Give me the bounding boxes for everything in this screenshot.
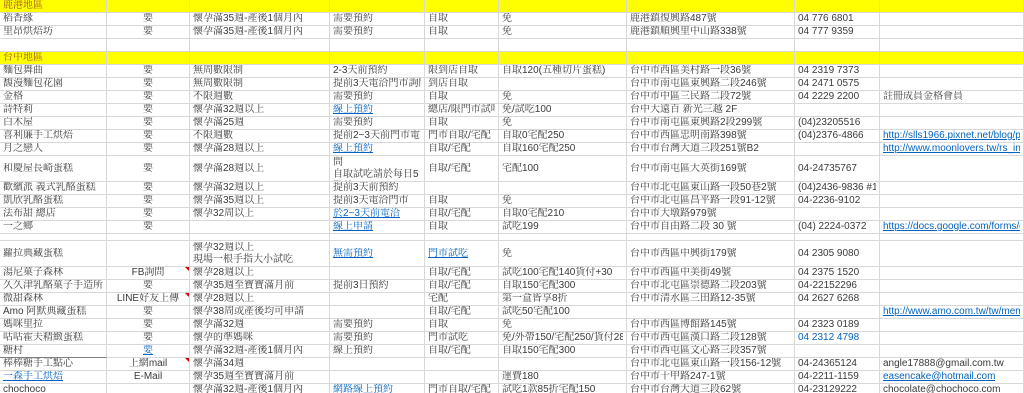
cell-pickup[interactable]: 總店/限門市試吃 [425,104,499,117]
cell-weeks[interactable]: 懷孕滿32週以上 [190,104,330,117]
cell-address[interactable] [627,52,795,65]
cell-requirement[interactable]: 要 [107,319,190,332]
cell-requirement[interactable]: 要 [107,65,190,78]
cell-weeks[interactable]: 無周數限制 [190,78,330,91]
cell-fee[interactable] [499,358,627,371]
cell-pickup[interactable]: 自取/宅配 [425,345,499,358]
region-label[interactable]: 台中地區 [0,52,107,65]
cell-phone[interactable]: 04-2236-9102 [795,195,880,208]
cell-requirement[interactable]: 要 [107,130,190,143]
cell-fee[interactable] [499,39,627,52]
cell-pickup[interactable]: 自取 [425,13,499,26]
cell-booking[interactable] [330,234,425,241]
cell-requirement[interactable]: 要 [107,13,190,26]
cell-requirement[interactable]: 要 [107,117,190,130]
cell-note[interactable] [880,241,1024,267]
cell-note[interactable] [880,0,1024,13]
cell-name[interactable]: 湯尼菓子森林 [0,267,107,280]
cell-name[interactable]: 和慶屋長崎蛋糕 [0,156,107,182]
cell-fee[interactable]: 自取0宅配250 [499,130,627,143]
cell-weeks[interactable] [190,39,330,52]
cell-text: 門市自取/宅配 [428,384,491,393]
cell-booking[interactable]: 於2~3天前電洽 [330,208,425,221]
cell-text: 金格 [3,91,23,103]
cell-fee[interactable] [499,78,627,91]
cell-note[interactable] [880,267,1024,280]
cell-text: 台中市西區博館路145號 [630,319,737,331]
cell-booking[interactable]: 提前2~3天前門市電話預約 [330,130,425,143]
cell-phone[interactable]: (04)2376-4866 [795,130,880,143]
cell-booking[interactable]: 線上預約 [330,104,425,117]
cell-weeks[interactable]: 懷孕滿32週-產後1個月內 [190,384,330,393]
cell-pickup[interactable]: 到店自取 [425,78,499,91]
cell-name[interactable] [0,39,107,52]
cell-address[interactable]: 台中大遠百 新光三越 2F [627,104,795,117]
cell-pickup[interactable] [425,182,499,195]
cell-requirement[interactable]: 要 [107,26,190,39]
cell-weeks[interactable]: 懷孕滿32週 [190,319,330,332]
cell-text: 懷孕滿28週以上 [193,143,264,155]
cell-weeks[interactable]: 無周數限制 [190,65,330,78]
cell-booking[interactable]: 提前3日預約 [330,280,425,293]
cell-name[interactable]: 稻香緣 [0,13,107,26]
cell-text: 提前3天電洽門市 [333,195,409,207]
cell-phone[interactable]: 04-23129222 [795,384,880,393]
cell-pickup[interactable]: 自取 [425,91,499,104]
cell-note[interactable] [880,52,1024,65]
cell-name[interactable]: 久久津乳酪菓子手造所 [0,280,107,293]
cell-note[interactable] [880,26,1024,39]
cell-fee[interactable]: 自取120(五種切片蛋糕) [499,65,627,78]
cell-booking[interactable]: 提前一小時電話詢問 自取試吃請於每日5點前 [330,156,425,182]
cell-booking[interactable]: 線上申請 [330,221,425,234]
cell-requirement[interactable]: 要 [107,208,190,221]
cell-phone[interactable]: 04 2312 4798 [795,332,880,345]
cell-weeks[interactable] [190,52,330,65]
cell-fee[interactable]: 免 [499,319,627,332]
cell-fee[interactable]: 免 [499,91,627,104]
cell-name[interactable]: 咕咕霍夫精緻蛋糕 [0,332,107,345]
comment-marker-icon [185,293,189,297]
cell-booking[interactable] [330,267,425,280]
cell-pickup[interactable]: 自取 [425,319,499,332]
cell-booking[interactable]: 提前3天電洽門市 [330,195,425,208]
cell-address[interactable]: 台中市北屯區崇德路二段203號 [627,280,795,293]
cell-note[interactable] [880,117,1024,130]
cell-fee[interactable]: 免/外帶150/宅配250/貨付280 [499,332,627,345]
cell-phone[interactable]: (04)2436-9836 #11 [795,182,880,195]
cell-text: 要 [143,319,153,331]
cell-note[interactable]: 註冊成員金格會員 [880,91,1024,104]
cell-booking[interactable] [330,39,425,52]
cell-note[interactable]: easencake@hotmail.com [880,371,1024,384]
cell-pickup[interactable] [425,39,499,52]
cell-text: 台中市大墩路979號 [630,208,717,220]
cell-note[interactable] [880,182,1024,195]
cell-weeks[interactable]: 懷孕滿25週 [190,117,330,130]
cell-booking[interactable]: 無需預約 [330,241,425,267]
cell-requirement[interactable]: 上網mail [107,358,190,371]
cell-note[interactable] [880,345,1024,358]
cell-text: 2-3天前預約 [333,65,387,77]
cell-text: 喜利廉手工烘焙 [3,130,73,142]
cell-phone[interactable]: 04 776 6801 [795,13,880,26]
cell-text: 自取160宅配250 [502,143,575,155]
cell-weeks[interactable]: 懷孕滿35週-產後1個月內 [190,13,330,26]
cell-phone[interactable]: 04-22152296 [795,280,880,293]
cell-weeks[interactable] [190,0,330,13]
cell-text: 懷孕滿34週 [193,358,244,370]
cell-weeks[interactable]: 懷孕滿28週以上 [190,143,330,156]
cell-text: 04-23129222 [798,384,857,393]
cell-fee[interactable]: 試吃50宅配100 [499,306,627,319]
cell-booking[interactable]: 需要預約 [330,319,425,332]
cell-phone[interactable]: 04 2471 0575 [795,78,880,91]
cell-text: angle17888@gmail.com.tw [883,358,1004,370]
cell-requirement[interactable] [107,234,190,241]
cell-fee[interactable]: 運費180 [499,371,627,384]
cell-requirement[interactable] [107,0,190,13]
cell-booking[interactable]: 需要預約 [330,13,425,26]
cell-text: 台中市西區中興街179號 [630,248,737,260]
cell-text: 懷孕滿32週-產後1個月內 [193,384,303,393]
cell-weeks[interactable]: 不限週數 [190,130,330,143]
cell-note[interactable] [880,195,1024,208]
cell-name[interactable]: 棒棒糖手工點心 [0,358,107,371]
cell-note[interactable] [880,13,1024,26]
cell-address[interactable]: 台中市大墩路979號 [627,208,795,221]
cell-text: 自取150宅配300 [502,345,575,357]
cell-note[interactable] [880,293,1024,306]
cell-phone[interactable]: 04 2319 7373 [795,65,880,78]
cell-name[interactable]: 金格 [0,91,107,104]
cell-booking[interactable]: 提前3天前預約 [330,182,425,195]
cell-text: 湯尼菓子森林 [3,267,63,279]
cell-pickup[interactable]: 門市自取/宅配 [425,384,499,393]
cell-pickup[interactable]: 宅配 [425,293,499,306]
cell-phone[interactable]: 04 2305 9080 [795,241,880,267]
cell-note[interactable]: angle17888@gmail.com.tw [880,358,1024,371]
cell-text: 台中市台灣大道三段62號 [630,384,741,393]
cell-fee[interactable]: 免 [499,241,627,267]
shop-row: 歡繽派 義式乳酪蛋糕要懷孕滿32週以上提前3天前預約台中市北屯區東山路一段50巷… [0,182,1024,195]
cell-name[interactable]: 馥漫麵包花園 [0,78,107,91]
cell-address[interactable] [627,0,795,13]
cell-weeks[interactable]: 懷孕滿35週以上 [190,195,330,208]
cell-address[interactable]: 台中市西區中美街49號 [627,267,795,280]
cell-text: 懷孕32周以上 [193,208,254,220]
cell-note[interactable] [880,208,1024,221]
cell-fee[interactable]: 免 [499,13,627,26]
cell-phone[interactable] [795,52,880,65]
cell-text: 網路線上預約 [333,384,393,393]
cell-address[interactable]: 台中市西屯區漢口路二段128號 [627,332,795,345]
cell-booking[interactable]: 網路線上預約 [330,384,425,393]
cell-name[interactable]: 里昂烘焙坊 [0,26,107,39]
cell-name[interactable]: 法布甜 總店 [0,208,107,221]
cell-address[interactable]: 台中市西區中興街179號 [627,241,795,267]
cell-weeks[interactable]: 懷孕滿32週-產後1個月內 [190,345,330,358]
cell-pickup[interactable]: 自取/宅配 [425,156,499,182]
cell-requirement[interactable]: FB詢問 [107,267,190,280]
cell-name[interactable]: 微甜森林 [0,293,107,306]
cell-phone[interactable] [795,345,880,358]
cell-requirement[interactable]: 要 [107,91,190,104]
cell-text: 試吃199 [502,221,539,233]
cell-requirement[interactable]: 要 [107,104,190,117]
cell-weeks[interactable] [190,234,330,241]
cell-fee[interactable]: 免 [499,195,627,208]
cell-phone[interactable]: 04-24735767 [795,156,880,182]
cell-requirement[interactable]: 要 [107,332,190,345]
cell-requirement[interactable] [107,241,190,267]
shop-row: 一森手工烘焙E-Mail懷孕35週至寶寶滿月前運費180台中市十甲路247-1號… [0,371,1024,384]
cell-pickup[interactable]: 自取 [425,117,499,130]
cell-address[interactable]: 鹿港鎮復興路487號 [627,13,795,26]
cell-pickup[interactable]: 自取/宅配 [425,280,499,293]
cell-address[interactable]: 台中市台灣大道三段251號B2 [627,143,795,156]
cell-weeks[interactable]: 懷孕35週至寶寶滿月前 [190,371,330,384]
cell-weeks[interactable]: 懷孕滿28週以上 [190,156,330,182]
cell-note[interactable] [880,280,1024,293]
cell-phone[interactable] [795,104,880,117]
cell-fee[interactable]: 免 [499,117,627,130]
cell-pickup[interactable]: 自取 [425,221,499,234]
cell-phone[interactable] [795,208,880,221]
cell-note[interactable]: https://docs.google.com/forms/d/e [880,221,1024,234]
cell-weeks[interactable]: 不限週數 [190,91,330,104]
cell-fee[interactable] [499,234,627,241]
cell-address[interactable] [627,39,795,52]
cell-fee[interactable]: 自取150宅配300 [499,345,627,358]
shop-row: 法布甜 總店要懷孕32周以上於2~3天前電洽自取/宅配自取0宅配210台中市大墩… [0,208,1024,221]
cell-note[interactable] [880,104,1024,117]
cell-text: 要 [143,306,153,318]
cell-pickup[interactable] [425,358,499,371]
cell-booking[interactable] [330,306,425,319]
cell-name[interactable]: 白木屋 [0,117,107,130]
cell-name[interactable]: 一之鄉 [0,221,107,234]
cell-phone[interactable]: 04-2211-1159 [795,371,880,384]
cell-address[interactable]: 台中市北屯區東山路一段50巷2號 [627,182,795,195]
cell-name[interactable]: 歡繽派 義式乳酪蛋糕 [0,182,107,195]
cell-name[interactable]: 詩特莉 [0,104,107,117]
cell-note[interactable]: chocolate@chochoco.com [880,384,1024,393]
cell-fee[interactable] [499,52,627,65]
cell-booking[interactable]: 需要預約 [330,91,425,104]
cell-text: 要 [143,13,153,25]
cell-text: 線上預約 [333,104,373,116]
cell-weeks[interactable]: 懷孕32週以上 現場一根手指大小試吃 [190,241,330,267]
cell-note[interactable] [880,65,1024,78]
cell-pickup[interactable] [425,371,499,384]
cell-fee[interactable]: 免 [499,26,627,39]
cell-note[interactable] [880,319,1024,332]
cell-booking[interactable]: 線上預約 [330,345,425,358]
cell-text: 自取/宅配 [428,143,471,155]
cell-phone[interactable] [795,234,880,241]
cell-requirement[interactable]: E-Mail [107,371,190,384]
cell-fee[interactable]: 自取0宅配210 [499,208,627,221]
cell-phone[interactable]: 04 2375 1520 [795,267,880,280]
cell-pickup[interactable]: 自取 [425,195,499,208]
cell-phone[interactable]: 04-24365124 [795,358,880,371]
cell-phone[interactable] [795,0,880,13]
cell-booking[interactable] [330,293,425,306]
cell-phone[interactable] [795,306,880,319]
cell-note[interactable] [880,332,1024,345]
cell-requirement[interactable]: 要 [107,345,190,358]
cell-weeks[interactable]: 懷孕滿32週以上 [190,182,330,195]
cell-pickup[interactable] [425,52,499,65]
cell-address[interactable]: 鹿港鎮順興里中山路338號 [627,26,795,39]
cell-requirement[interactable]: 要 [107,143,190,156]
cell-pickup[interactable]: 門市試吃 [425,241,499,267]
cell-text: chocolate@chochoco.com [883,384,1000,393]
cell-pickup[interactable]: 門市試吃 [425,332,499,345]
cell-requirement[interactable]: 要 [107,221,190,234]
cell-requirement[interactable]: 要 [107,280,190,293]
cell-address[interactable]: 台中市台灣大道三段62號 [627,384,795,393]
cell-address[interactable]: 台中市西區博館路145號 [627,319,795,332]
cell-booking[interactable] [330,371,425,384]
cell-requirement[interactable]: LINE好友上傳 [107,293,190,306]
cell-booking[interactable]: 需要預約 [330,117,425,130]
cell-note[interactable] [880,39,1024,52]
cell-requirement[interactable] [107,39,190,52]
cell-fee[interactable]: 試吃1款85折宅配150 [499,384,627,393]
cell-pickup[interactable]: 自取/宅配 [425,306,499,319]
cell-requirement[interactable]: 要 [107,195,190,208]
cell-weeks[interactable] [190,221,330,234]
cell-note[interactable]: http://www.moonlovers.tw/rs_inf4.a [880,143,1024,156]
cell-note[interactable]: http://www.amo.com.tw/tw/membe [880,306,1024,319]
cell-name[interactable]: 凱欣乳酪蛋糕 [0,195,107,208]
cell-text: 線上預約 [333,345,373,357]
cell-weeks[interactable]: 懷孕滿35週-產後1個月內 [190,26,330,39]
cell-name[interactable]: 麵包舞曲 [0,65,107,78]
cell-address[interactable]: 台中市南屯區東興路二段246號 [627,78,795,91]
cell-phone[interactable]: 04 2627 6268 [795,293,880,306]
cell-weeks[interactable]: 懷孕滿34週 [190,358,330,371]
cell-name[interactable] [0,234,107,241]
cell-address[interactable]: 台中市北屯區昌平路一段91-12號 [627,195,795,208]
cell-fee[interactable]: 自取150宅配300 [499,280,627,293]
cell-name[interactable]: chochoco [0,384,107,393]
cell-address[interactable] [627,234,795,241]
cell-name[interactable]: 一森手工烘焙 [0,371,107,384]
cell-booking[interactable]: 需要預約 [330,26,425,39]
cell-fee[interactable] [499,182,627,195]
cell-fee[interactable]: 自取160宅配250 [499,143,627,156]
cell-requirement[interactable] [107,52,190,65]
cell-address[interactable]: 台中市自由路二段 30 號 [627,221,795,234]
shop-row: 里昂烘焙坊要懷孕滿35週-產後1個月內需要預約自取免鹿港鎮順興里中山路338號0… [0,26,1024,39]
cell-pickup[interactable]: 自取/宅配 [425,208,499,221]
cell-weeks[interactable]: 懷孕32周以上 [190,208,330,221]
cell-pickup[interactable] [425,234,499,241]
cell-text: 無周數限制 [193,78,243,90]
cell-name[interactable]: 蘿拉典藏蛋糕 [0,241,107,267]
cell-address[interactable]: 台中市清水區三田路12-35號 [627,293,795,306]
cell-phone[interactable] [795,39,880,52]
cell-pickup[interactable] [425,0,499,13]
cell-fee[interactable]: 免/試吃100 [499,104,627,117]
cell-text: 提前一小時電話詢問 自取試吃請於每日5點前 [333,156,421,182]
cell-phone[interactable]: 04 2229 2200 [795,91,880,104]
cell-pickup[interactable]: 自取/宅配 [425,143,499,156]
cell-address[interactable]: 台中市十甲路247-1號 [627,371,795,384]
cell-booking[interactable]: 2-3天前預約 [330,65,425,78]
cell-phone[interactable]: 04 777 9359 [795,26,880,39]
cell-phone[interactable]: (04) 2224-0372 [795,221,880,234]
cell-weeks[interactable]: 懷孕28週以上 [190,267,330,280]
cell-text: 法布甜 總店 [3,208,56,220]
cell-text: 無周數限制 [193,65,243,77]
cell-booking[interactable]: 需要預約 [330,332,425,345]
cell-address[interactable]: 台中市西屯區文心路三段357號 [627,345,795,358]
cell-requirement[interactable]: 要 [107,156,190,182]
cell-booking[interactable]: 線上預約 [330,143,425,156]
cell-name[interactable]: Amo 阿默典藏蛋糕 [0,306,107,319]
cell-note[interactable] [880,78,1024,91]
cell-fee[interactable] [499,0,627,13]
cell-fee[interactable]: 第一盒皆享8折 [499,293,627,306]
cell-pickup[interactable]: 自取/宅配 [425,267,499,280]
cell-phone[interactable] [795,143,880,156]
cell-text: 要 [143,208,153,220]
cell-weeks[interactable]: 懷孕35週至寶寶滿月前 [190,280,330,293]
cell-address[interactable]: 台中市西區忠明南路398號 [627,130,795,143]
cell-pickup[interactable]: 自取 [425,26,499,39]
cell-pickup[interactable]: 限到店自取 [425,65,499,78]
cell-address[interactable]: 台中市北屯區東山路一段156-12號 [627,358,795,371]
cell-fee[interactable]: 試吃100宅配140貨付+30 [499,267,627,280]
cell-note[interactable]: http://slls1966.pixnet.net/blog/post [880,130,1024,143]
cell-address[interactable]: 台中市西區美村路一段36號 [627,65,795,78]
cell-address[interactable]: 台中市南屯區東興路2段299號 [627,117,795,130]
cell-requirement[interactable]: 要 [107,306,190,319]
cell-phone[interactable]: 04 2323 0189 [795,319,880,332]
cell-requirement[interactable]: 要 [107,78,190,91]
cell-phone[interactable]: (04)23205516 [795,117,880,130]
cell-weeks[interactable]: 懷孕的準媽咪 [190,332,330,345]
shop-row: Amo 阿默典藏蛋糕要懷孕38周或產後均可申請自取/宅配試吃50宅配100htt… [0,306,1024,319]
cell-booking[interactable] [330,358,425,371]
cell-booking[interactable]: 提前3天電洽門市詢問 [330,78,425,91]
cell-fee[interactable]: 宅配100 [499,156,627,182]
cell-fee[interactable]: 試吃199 [499,221,627,234]
cell-weeks[interactable]: 懷孕38周或產後均可申請 [190,306,330,319]
cell-requirement[interactable] [107,384,190,393]
cell-requirement[interactable]: 要 [107,182,190,195]
cell-name[interactable]: 喜利廉手工烘焙 [0,130,107,143]
cell-weeks[interactable]: 懷孕28週以上 [190,293,330,306]
cell-text: 提前3天前預約 [333,182,399,194]
cell-name[interactable]: 糖村 [0,345,107,358]
cell-note[interactable] [880,234,1024,241]
cell-address[interactable] [627,306,795,319]
cell-address[interactable]: 台中市南屯區大英街169號 [627,156,795,182]
cell-name[interactable]: 媽咪里拉 [0,319,107,332]
cell-name[interactable]: 月之戀人 [0,143,107,156]
region-label[interactable]: 鹿港地區 [0,0,107,13]
cell-pickup[interactable]: 門市自取/宅配 [425,130,499,143]
cell-booking[interactable] [330,52,425,65]
cell-address[interactable]: 台中市中區三民路二段72號 [627,91,795,104]
cell-booking[interactable] [330,0,425,13]
cell-note[interactable] [880,156,1024,182]
